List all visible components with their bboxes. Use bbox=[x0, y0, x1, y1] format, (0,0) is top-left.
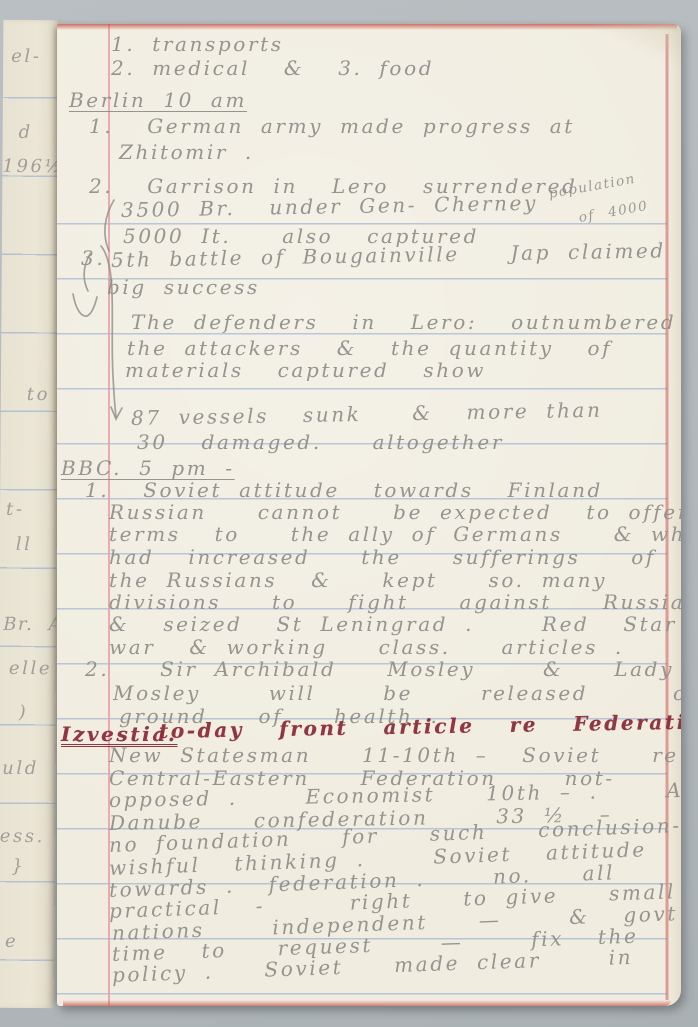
handwritten-line: BBC. 5 pm - bbox=[61, 458, 235, 478]
red-painted-edge-top bbox=[57, 24, 677, 30]
handwritten-line: had increased the sufferings of bbox=[109, 547, 656, 567]
handwritten-line: divisions to fight against Russia bbox=[109, 592, 681, 612]
handwritten-line: Russian cannot be expected to offer bbox=[109, 502, 681, 522]
handwritten-line: ll bbox=[16, 536, 33, 554]
handwritten-line: to bbox=[27, 386, 50, 404]
handwritten-line: el- bbox=[11, 48, 41, 66]
handwritten-line: war & working class. articles . bbox=[109, 637, 624, 657]
handwritten-line: the Russians & kept so. many bbox=[109, 570, 607, 590]
handwritten-line: 1. German army made progress at bbox=[89, 116, 575, 136]
handwritten-line: terms to the ally of Germans & who bbox=[109, 524, 681, 544]
handwritten-line: Berlin 10 am bbox=[69, 90, 247, 110]
red-painted-edge-bottom bbox=[63, 1000, 671, 1006]
handwritten-line: e bbox=[5, 933, 18, 951]
previous-page-edge: el-d196½.tot-llBr. Aufelle)uldess.}e bbox=[0, 20, 60, 1008]
handwritten-line: uld bbox=[2, 760, 39, 778]
handwritten-line: 30 damaged. altogether bbox=[137, 432, 504, 452]
handwritten-line: Mosley will be released on bbox=[113, 683, 681, 703]
handwritten-line: ) bbox=[19, 704, 29, 722]
handwritten-line: Zhitomir . bbox=[119, 142, 254, 162]
handwritten-line: t- bbox=[6, 501, 25, 519]
handwritten-line: big success bbox=[107, 277, 260, 297]
handwritten-line: 2. medical & 3. food bbox=[111, 58, 434, 78]
handwritten-line: The defenders in Lero: outnumbered bbox=[131, 312, 676, 332]
handwritten-line: } bbox=[11, 858, 25, 876]
handwritten-line: 3500 Br. under Gen- Cherney bbox=[121, 193, 538, 220]
handwritten-line: materials captured show bbox=[125, 360, 486, 380]
handwritten-line: d bbox=[19, 124, 33, 142]
handwritten-line: 196½. bbox=[2, 158, 60, 176]
handwritten-line: New Statesman 11-10th – Soviet re bbox=[109, 745, 679, 765]
handwritten-line: of 4000 bbox=[578, 200, 650, 225]
photo-background: el-d196½.tot-llBr. Aufelle)uldess.}e 1. … bbox=[0, 0, 698, 1027]
handwritten-line: ess. bbox=[0, 828, 45, 846]
handwritten-line: 3. bbox=[81, 248, 105, 268]
page-corner-fold bbox=[591, 24, 681, 70]
notebook-page: 1. transports2. medical & 3. foodBerlin … bbox=[57, 24, 681, 1006]
handwritten-line: Br. Auf bbox=[3, 616, 60, 635]
handwritten-line: 1. Soviet attitude towards Finland bbox=[85, 480, 603, 500]
handwritten-line: & seized St Leningrad . Red Star bbox=[109, 614, 677, 634]
handwritten-line: elle bbox=[9, 660, 52, 678]
handwritten-line: 1. transports bbox=[111, 34, 284, 54]
handwritten-line: 2. Sir Archibald Mosley & Lady bbox=[85, 659, 674, 679]
handwritten-line: the attackers & the quantity of bbox=[127, 338, 612, 358]
